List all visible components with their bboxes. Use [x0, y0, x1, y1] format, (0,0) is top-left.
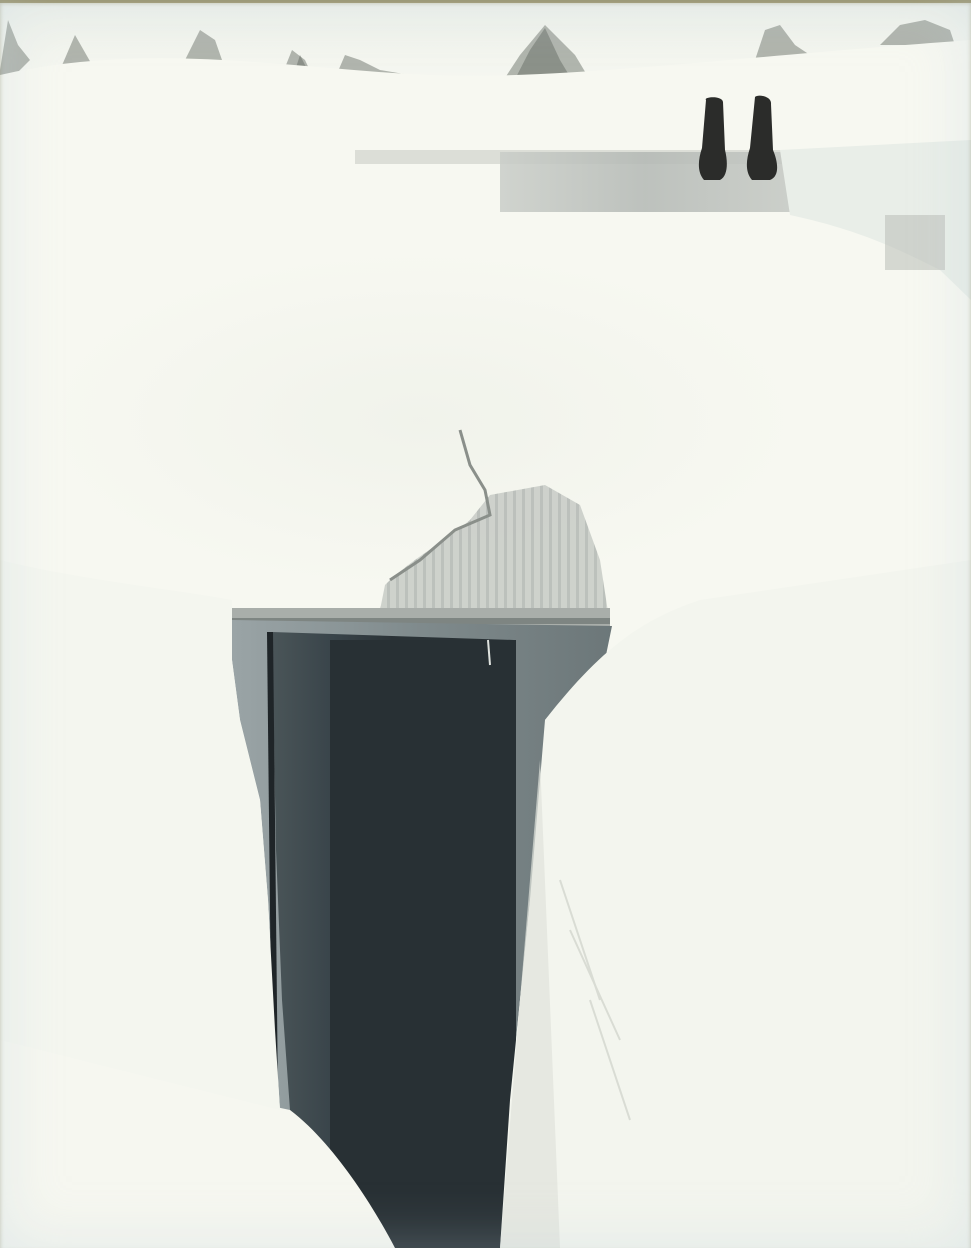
- photo-scene: [0, 0, 971, 1248]
- door-panel: [330, 640, 516, 1248]
- snow-doorway-photo: Historical hand-tinted photograph of a s…: [0, 0, 971, 1248]
